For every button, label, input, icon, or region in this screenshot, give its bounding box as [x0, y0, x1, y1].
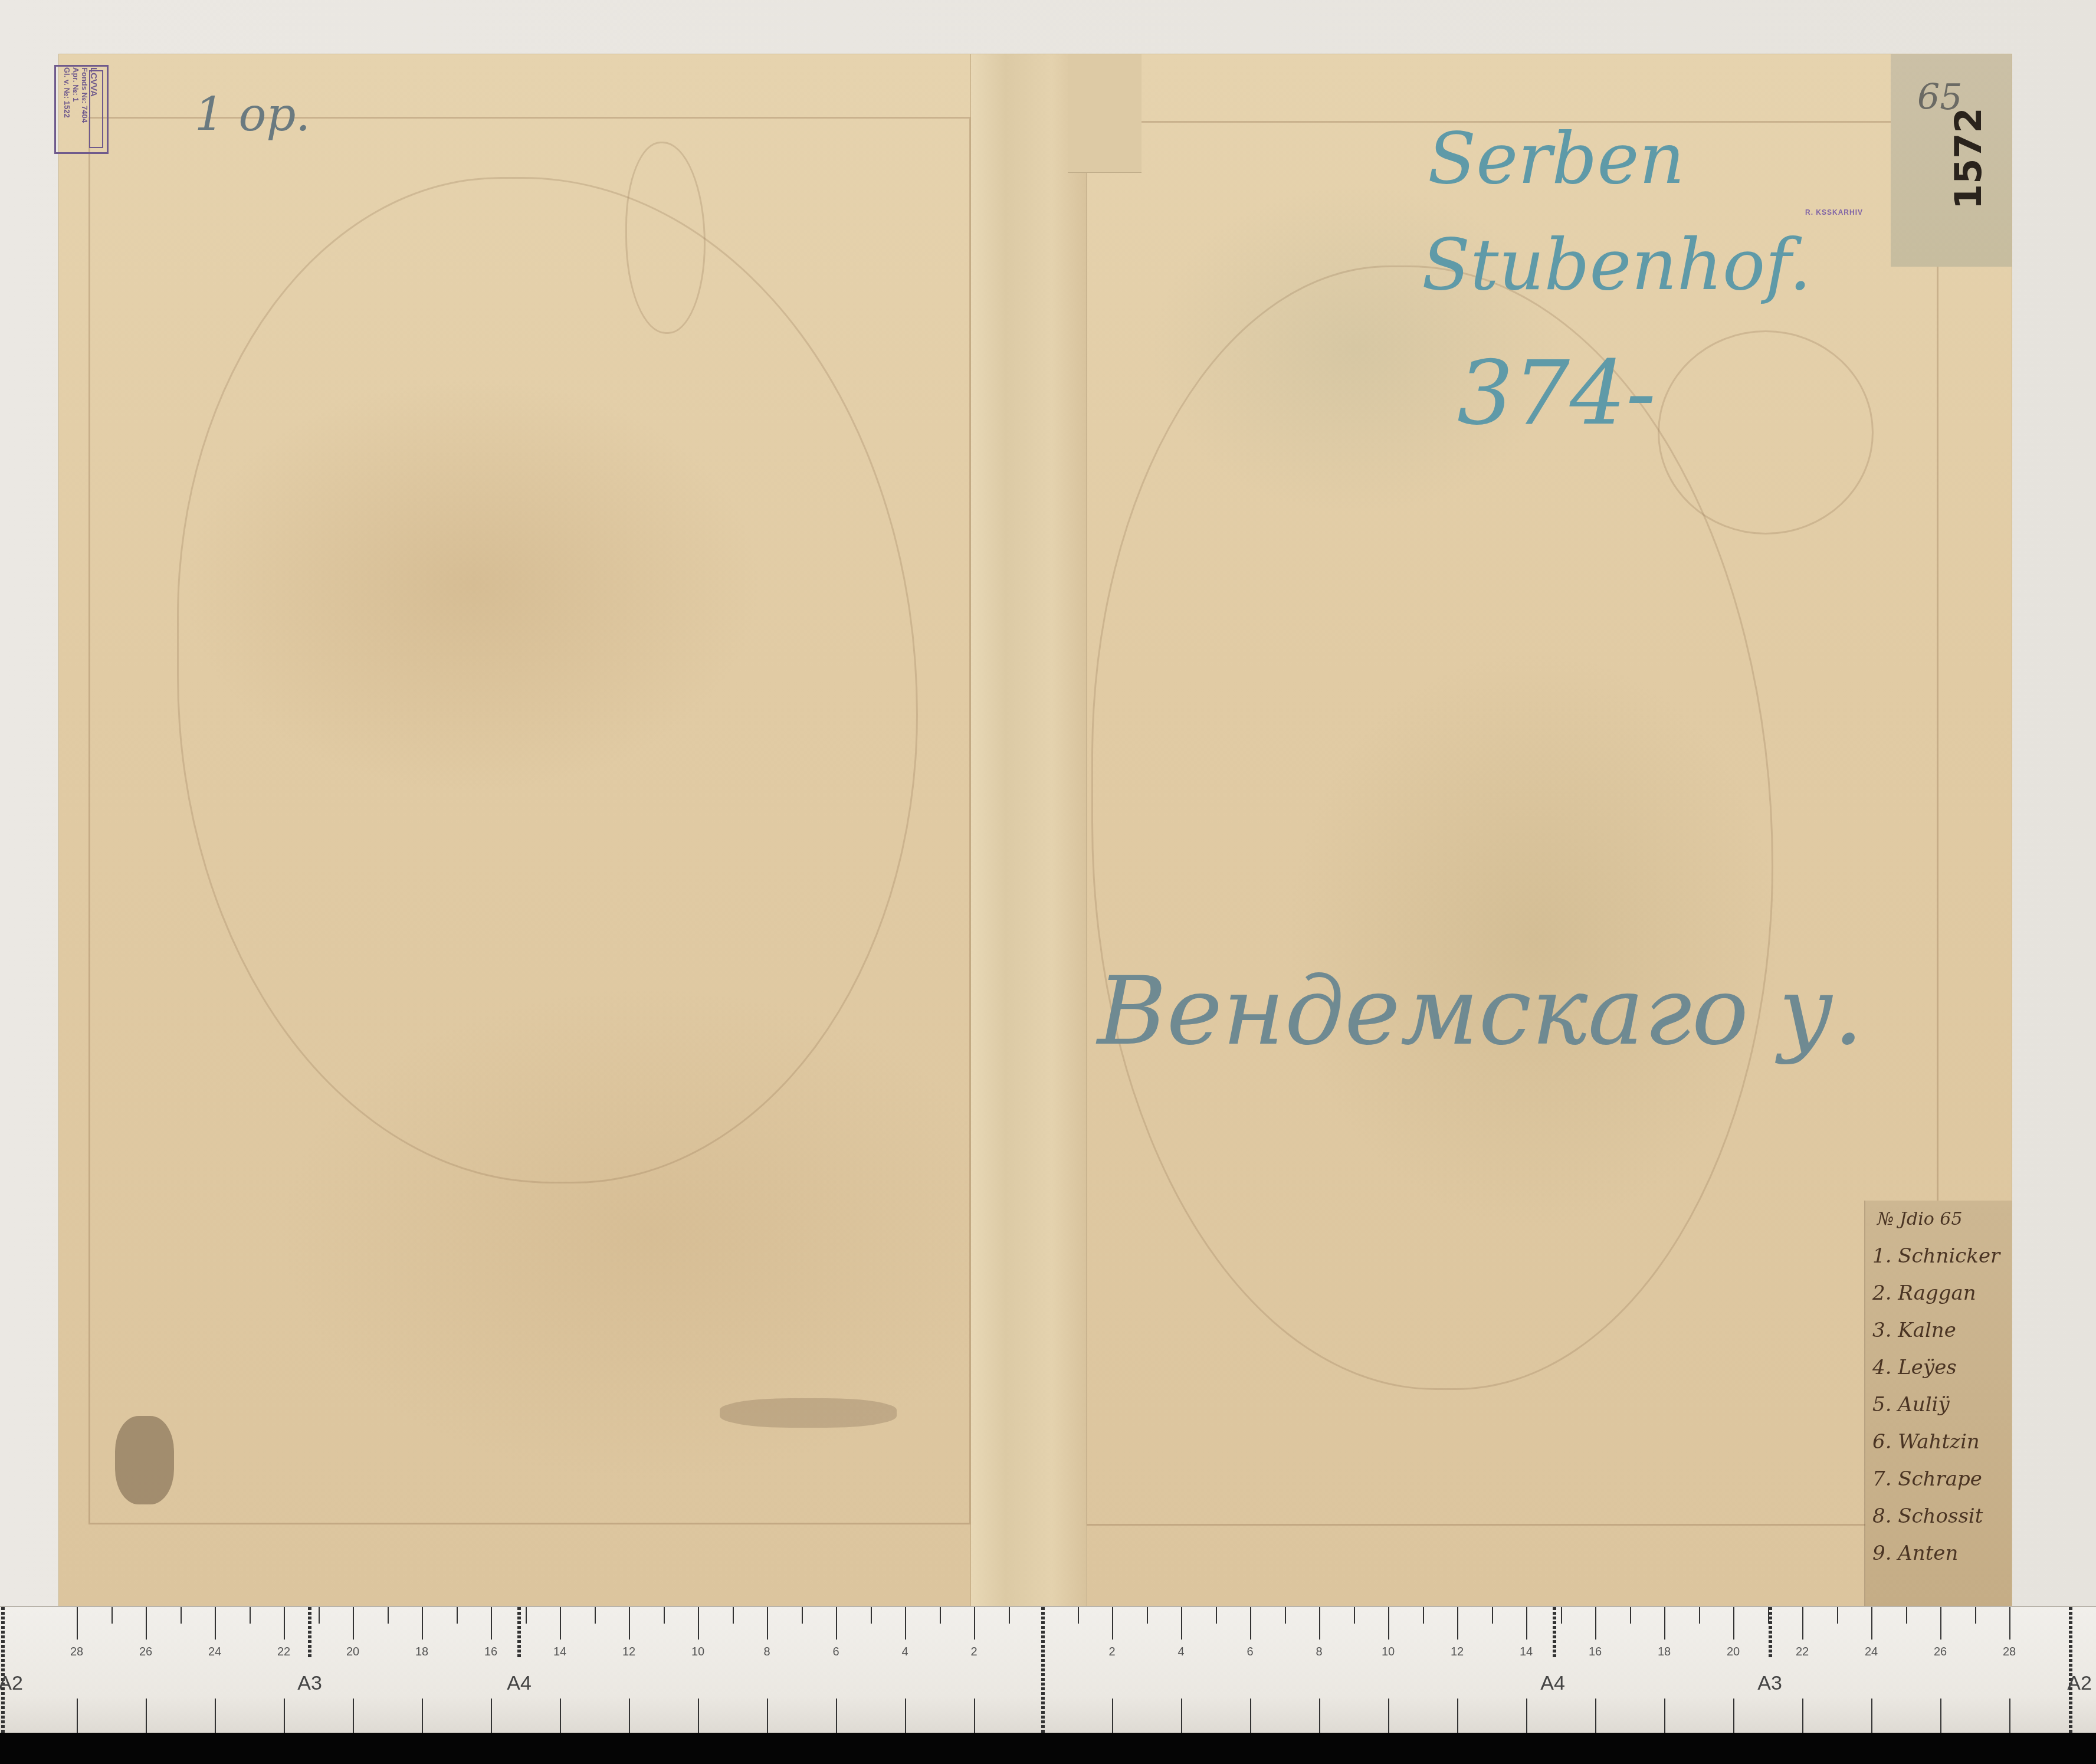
ruler-half-tick — [1423, 1607, 1424, 1624]
ruler-label-a2-right: A2 — [2067, 1672, 2092, 1695]
ruler-tick — [1388, 1607, 1389, 1640]
pencil-note-1op: 1 op. — [195, 88, 310, 142]
place-name-label: № Jdio 65 1. Schnicker 2. Raggan 3. Kaln… — [1865, 1201, 2012, 1608]
ruler-tick — [1112, 1607, 1113, 1640]
ruler-tick — [2009, 1699, 2010, 1734]
ruler-half-tick — [181, 1607, 182, 1624]
ruler-tick — [1733, 1607, 1734, 1640]
ruler-half-tick — [940, 1607, 941, 1624]
ruler-half-tick — [1630, 1607, 1631, 1624]
ruler-tick-label: 18 — [415, 1645, 428, 1659]
ruler-tick-label: 8 — [1316, 1645, 1322, 1659]
ruler-a3-mark-right — [1769, 1607, 1772, 1657]
ruler-tick-label: 22 — [1796, 1645, 1809, 1659]
label-item: 8. Schossit — [1865, 1498, 2012, 1535]
ruler-tick-label: 18 — [1658, 1645, 1671, 1659]
label-item: 3. Kalne — [1865, 1312, 2012, 1349]
ruler-half-tick — [1078, 1607, 1079, 1624]
ruler-tick — [146, 1607, 147, 1640]
ruler-tick-label: 6 — [1247, 1645, 1253, 1659]
ruler-half-tick — [595, 1607, 596, 1624]
ruler-tick — [1388, 1699, 1389, 1734]
ruler-half-tick — [1906, 1607, 1907, 1624]
ruler-half-tick — [1492, 1607, 1493, 1624]
ruler-tick — [1250, 1699, 1251, 1734]
ruler-tick — [1112, 1699, 1113, 1734]
ruler-half-tick — [1837, 1607, 1838, 1624]
ruler-tick-label: 4 — [1177, 1645, 1184, 1659]
ruler-tick-label: 22 — [277, 1645, 290, 1659]
ruler-tick — [1457, 1699, 1458, 1734]
ruler-tick — [215, 1699, 216, 1734]
small-archive-stamp: R. KSSKARHIV — [1805, 208, 1863, 217]
stamp-gl: Gl. v. №: 1522 — [63, 67, 71, 168]
ruler-tick — [1526, 1699, 1527, 1734]
ruler-tick-label: 4 — [901, 1645, 908, 1659]
label-header: № Jdio 65 — [1865, 1201, 2012, 1238]
center-spine-tape — [970, 54, 1087, 1606]
ruler-tick-label: 24 — [1865, 1645, 1878, 1659]
ruler-tick — [836, 1607, 837, 1640]
ruler-tick — [905, 1699, 906, 1734]
ruler-tick-label: 6 — [832, 1645, 839, 1659]
ruler-half-tick — [319, 1607, 320, 1624]
ruler-tick — [836, 1699, 837, 1734]
ruler-tick-label: 20 — [1727, 1645, 1740, 1659]
ruler-tick — [1181, 1607, 1182, 1640]
ruler-tick — [767, 1607, 768, 1640]
ruler-tick-label: 10 — [1382, 1645, 1395, 1659]
ruler-tick — [629, 1699, 630, 1734]
ruler-a4-mark-right — [1553, 1607, 1556, 1657]
ruler-tick — [1250, 1607, 1251, 1640]
ruler-tick — [1802, 1699, 1803, 1734]
ruler-tick — [629, 1607, 630, 1640]
ruler-label-a4-right: A4 — [1540, 1672, 1565, 1695]
scan-edge-black — [0, 1733, 2096, 1764]
ruler-tick — [353, 1699, 354, 1734]
ink-stain-bottom-left — [115, 1416, 174, 1504]
ruler-tick — [1595, 1607, 1596, 1640]
ruler-tick — [422, 1607, 423, 1640]
ruler-tick — [284, 1699, 285, 1734]
ruler-tick-label: 10 — [691, 1645, 704, 1659]
ruler-center-mark — [1041, 1607, 1045, 1734]
ruler-tick — [1457, 1607, 1458, 1640]
ruler-tick — [698, 1607, 699, 1640]
cyrillic-district-note: Вендемскаго у. — [1097, 956, 1864, 1066]
ruler-a2-mark-left — [1, 1607, 5, 1734]
ruler-tick-label: 14 — [553, 1645, 566, 1659]
ruler-half-tick — [1285, 1607, 1286, 1624]
ruler-tick-label: 12 — [1451, 1645, 1464, 1659]
catalog-number: 1572 — [1947, 107, 1990, 209]
ruler-tick-label: 8 — [763, 1645, 770, 1659]
ruler-tick — [284, 1607, 285, 1640]
label-item: 2. Raggan — [1865, 1275, 2012, 1312]
measurement-ruler: A2 A3 A4 A4 A3 A2 2826242220181614121086… — [0, 1606, 2096, 1734]
ruler-half-tick — [250, 1607, 251, 1624]
blue-note-line1: Serben — [1428, 118, 1685, 200]
ruler-half-tick — [733, 1607, 734, 1624]
ruler-tick — [2009, 1607, 2010, 1640]
ruler-tick — [1940, 1607, 1941, 1640]
ruler-tick — [560, 1607, 561, 1640]
ruler-tick — [146, 1699, 147, 1734]
ruler-tick-label: 28 — [2003, 1645, 2016, 1659]
ruler-tick-label: 2 — [970, 1645, 977, 1659]
ruler-tick — [77, 1699, 78, 1734]
ruler-tick — [974, 1699, 975, 1734]
ruler-half-tick — [1975, 1607, 1976, 1624]
ruler-tick-label: 2 — [1108, 1645, 1115, 1659]
ruler-tick — [491, 1607, 492, 1640]
ruler-label-a2-left: A2 — [0, 1672, 23, 1695]
ruler-tick — [1595, 1699, 1596, 1734]
ruler-tick — [698, 1699, 699, 1734]
blue-note-line2: Stubenhof. — [1422, 224, 1812, 306]
tape-patch — [1068, 54, 1142, 173]
stamp-text: LCVVA Fonds №: 7404 Apr. №: 1 Gl. v. №: … — [63, 67, 98, 168]
ruler-tick-label: 20 — [346, 1645, 359, 1659]
ruler-tick-label: 24 — [208, 1645, 221, 1659]
ruler-tick — [1802, 1607, 1803, 1640]
ruler-a3-mark-left — [308, 1607, 311, 1657]
ruler-half-tick — [1699, 1607, 1700, 1624]
showthrough-text-bottom — [720, 1398, 897, 1428]
ruler-tick-label: 14 — [1520, 1645, 1533, 1659]
ruler-tick — [1319, 1699, 1320, 1734]
label-item: 9. Anten — [1865, 1535, 2012, 1572]
archive-stamp: LCVVA Fonds №: 7404 Apr. №: 1 Gl. v. №: … — [54, 65, 109, 154]
ruler-tick — [1664, 1607, 1665, 1640]
ruler-half-tick — [664, 1607, 665, 1624]
ruler-half-tick — [871, 1607, 872, 1624]
ruler-tick — [1181, 1699, 1182, 1734]
ruler-label-a4-left: A4 — [507, 1672, 532, 1695]
ruler-label-a3-left: A3 — [297, 1672, 322, 1695]
ruler-half-tick — [1009, 1607, 1010, 1624]
ruler-half-tick — [1147, 1607, 1148, 1624]
ruler-half-tick — [1354, 1607, 1355, 1624]
ruler-half-tick — [457, 1607, 458, 1624]
ruler-tick — [1319, 1607, 1320, 1640]
ruler-half-tick — [1561, 1607, 1562, 1624]
ruler-tick-label: 28 — [70, 1645, 83, 1659]
ruler-half-tick — [526, 1607, 527, 1624]
label-item: 4. Leÿes — [1865, 1349, 2012, 1386]
label-item: 6. Wahtzin — [1865, 1424, 2012, 1461]
ruler-tick-label: 16 — [484, 1645, 497, 1659]
ruler-tick — [905, 1607, 906, 1640]
ruler-tick-label: 26 — [139, 1645, 152, 1659]
ruler-tick — [1733, 1699, 1734, 1734]
ruler-tick — [1940, 1699, 1941, 1734]
ruler-tick — [767, 1699, 768, 1734]
ruler-tick — [974, 1607, 975, 1640]
ruler-half-tick — [1216, 1607, 1217, 1624]
ruler-tick — [1664, 1699, 1665, 1734]
ruler-a4-mark-left — [517, 1607, 521, 1657]
ruler-tick — [215, 1607, 216, 1640]
frame-line-left-page — [88, 117, 971, 1524]
ruler-tick — [1871, 1699, 1872, 1734]
ruler-tick — [560, 1699, 561, 1734]
blue-note-line3: 374- — [1457, 342, 1656, 445]
frame-line-right-page — [1085, 121, 1938, 1526]
ruler-a2-mark-right — [2069, 1607, 2072, 1734]
ruler-half-tick — [802, 1607, 803, 1624]
ruler-tick-label: 26 — [1934, 1645, 1947, 1659]
stamp-title: LCVVA — [89, 67, 98, 168]
ruler-tick — [491, 1699, 492, 1734]
ruler-tick-label: 16 — [1589, 1645, 1602, 1659]
ruler-half-tick — [388, 1607, 389, 1624]
ruler-label-a3-right: A3 — [1757, 1672, 1782, 1695]
label-item: 1. Schnicker — [1865, 1238, 2012, 1275]
ruler-half-tick — [1768, 1607, 1769, 1624]
label-item: 7. Schrape — [1865, 1461, 2012, 1498]
stamp-apr: Apr. №: 1 — [71, 67, 80, 168]
ruler-tick — [353, 1607, 354, 1640]
ruler-tick-label: 12 — [622, 1645, 635, 1659]
ruler-tick — [422, 1699, 423, 1734]
ruler-half-tick — [111, 1607, 113, 1624]
stamp-fonds: Fonds №: 7404 — [80, 67, 89, 168]
ruler-tick — [77, 1607, 78, 1640]
ruler-tick — [1526, 1607, 1527, 1640]
label-item: 5. Auliÿ — [1865, 1386, 2012, 1424]
ruler-tick — [1871, 1607, 1872, 1640]
